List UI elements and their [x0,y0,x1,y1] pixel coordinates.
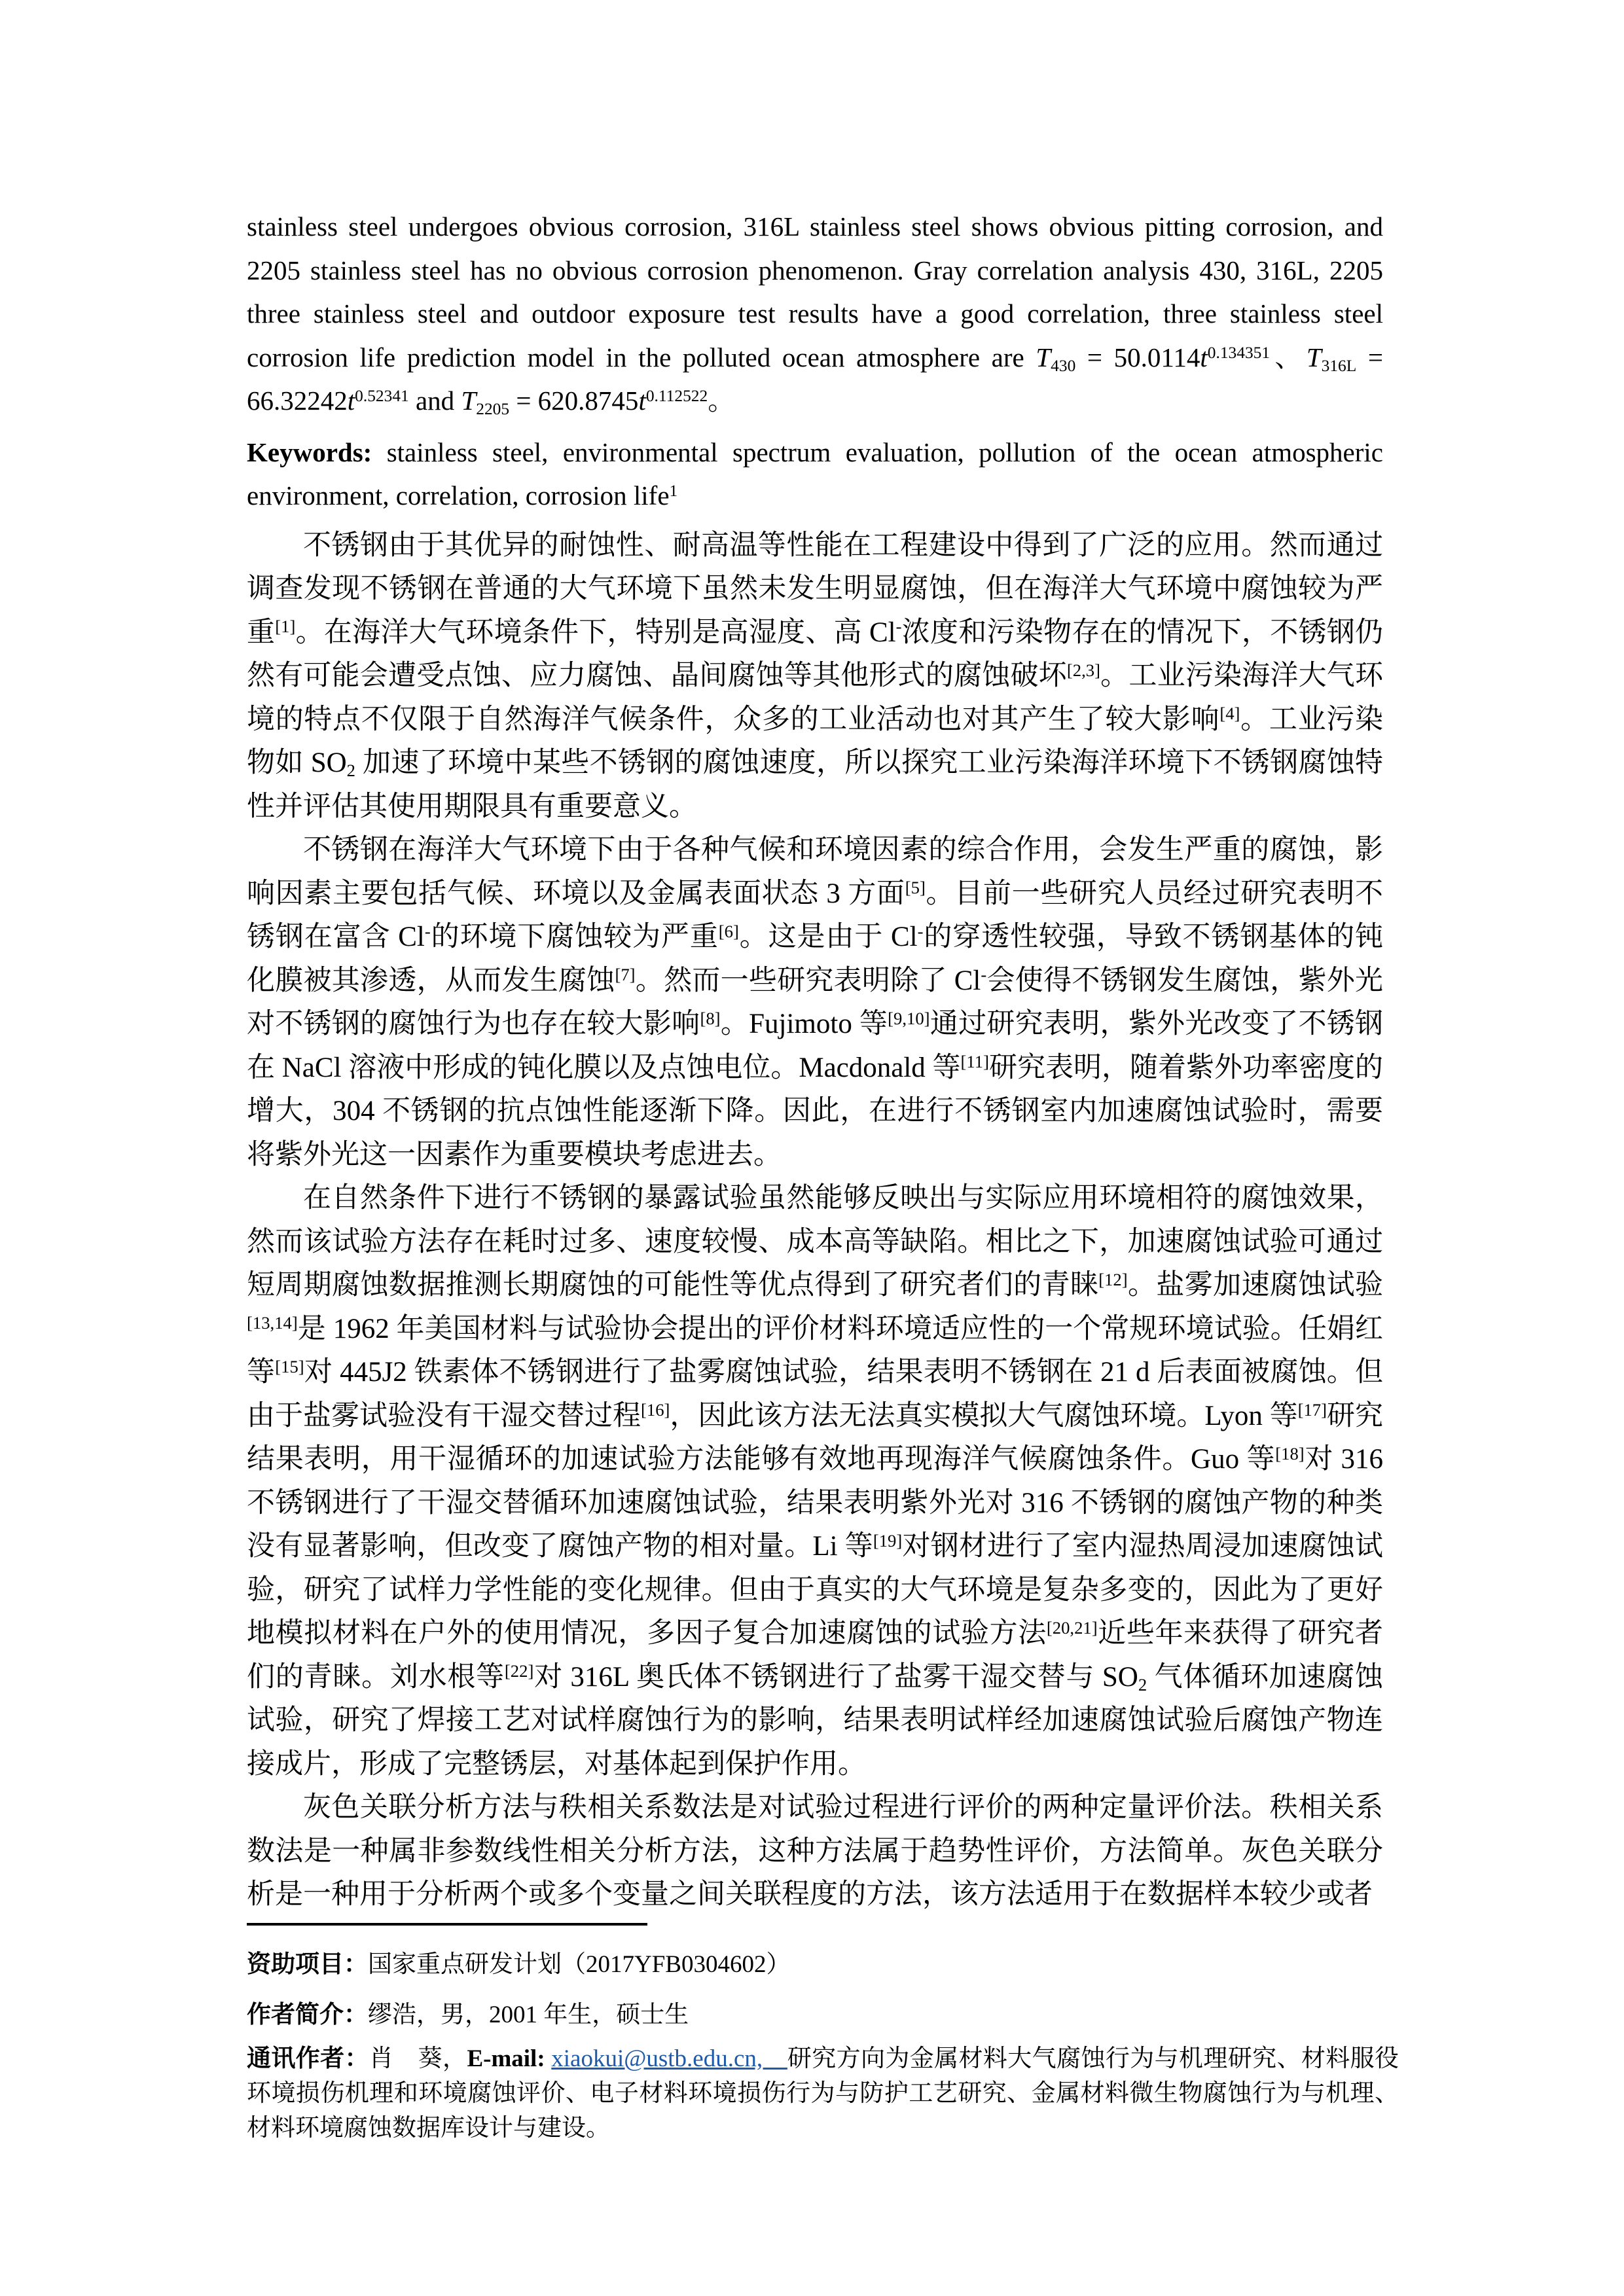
text-segment: T [1036,342,1051,372]
text-segment: [20,21] [1047,1618,1098,1638]
text-segment: and [409,386,461,416]
text-segment: t [1200,342,1207,372]
text-segment: = 50.0114 [1075,342,1200,372]
footnote-funding-text: 国家重点研发计划（2017YFB0304602） [368,1951,790,1978]
text-segment: 国家重点研发计划（2017YFB0304602） [368,1951,790,1978]
text-segment: = 620.8745 [509,386,638,416]
text-segment: 430 [1051,357,1075,375]
footnote-corresponding-author-text: 肖 葵，E-mail: xiaokui@ustb.edu.cn, 研究方向为金属… [247,2045,1399,2142]
text-segment: [15] [275,1357,304,1376]
text-segment: [5] [905,878,926,897]
text-segment: 1 [670,482,678,500]
text-segment: t [348,386,355,416]
text-segment: - [896,617,902,636]
text-segment: 0.52341 [355,387,409,405]
intro-paragraph: 不锈钢由于其优异的耐蚀性、耐高温等性能在工程建设中得到了广泛的应用。然而通过调查… [247,524,1383,829]
footnote-funding: 资助项目：国家重点研发计划（2017YFB0304602） [247,1947,1399,1982]
text-segment: 。盐雾加速腐蚀试验 [1128,1270,1383,1300]
keywords-paragraph: Keywords: stainless steel, environmental… [247,431,1383,518]
text-segment: - [918,922,924,941]
text-segment: 。在海洋大气环境条件下，特别是高湿度、高 Cl [295,617,895,648]
footnote-author-bio-text: 缪浩，男，2001 年生，硕士生 [368,2001,689,2028]
footnote-author-bio-label: 作者简介： [247,2001,368,2028]
footnote-corresponding-author-label: 通讯作者： [247,2045,369,2072]
text-segment: [2,3] [1067,660,1100,680]
text-segment: E-mail: [467,2045,551,2072]
text-segment: [9,10] [888,1009,929,1028]
gray-analysis-paragraph: 灰色关联分析方法与秩相关系数法是对试验过程进行评价的两种定量评价法。秩相关系数法… [247,1786,1383,1917]
text-segment: [11] [961,1052,989,1071]
text-segment: - [425,922,431,941]
text-segment: [1] [275,617,295,636]
accelerated-test-paragraph: 在自然条件下进行不锈钢的暴露试验虽然能够反映出与实际应用环境相符的腐蚀效果，然而… [247,1177,1383,1786]
email-link[interactable]: xiaokui@ustb.edu.cn, [551,2045,787,2072]
corrosion-factors-paragraph: 不锈钢在海洋大气环境下由于各种气候和环境因素的综合作用，会发生严重的腐蚀，影响因… [247,829,1383,1177]
text-segment: T [1307,342,1322,372]
footnote-block: 资助项目：国家重点研发计划（2017YFB0304602） 作者简介：缪浩，男，… [247,1947,1399,2155]
text-segment: T [461,386,476,416]
text-segment: 。 [708,386,734,416]
text-segment: 肖 葵， [369,2045,467,2072]
page-body: stainless steel undergoes obvious corros… [247,205,1383,1917]
footnote-funding-label: 资助项目： [247,1951,368,1978]
text-segment: 、 [1270,342,1307,372]
text-segment: [6] [719,922,739,941]
text-segment: 缪浩，男，2001 年生，硕士生 [368,2001,689,2028]
text-segment: 。然而一些研究表明除了 Cl [636,965,981,996]
text-segment: [4] [1219,704,1240,723]
footnote-corresponding-author: 通讯作者：肖 葵，E-mail: xiaokui@ustb.edu.cn, 研究… [247,2041,1399,2145]
text-segment: ，因此该方法无法真实模拟大气腐蚀环境。Lyon 等 [670,1401,1297,1431]
text-segment: [18] [1275,1444,1304,1463]
text-segment: - [981,965,986,984]
text-segment: stainless steel, environmental spectrum … [247,437,1383,511]
text-segment: 的环境下腐蚀较为严重 [431,922,719,952]
text-segment: [17] [1298,1400,1327,1420]
text-segment: 。这是由于 Cl [739,922,918,952]
text-segment: 316L [1322,357,1357,375]
text-segment: 0.134351 [1208,344,1270,362]
text-segment: 加速了环境中某些不锈钢的腐蚀速度，所以探究工业污染海洋环境下不锈钢腐蚀特性并评估… [247,747,1383,822]
text-segment: [22] [505,1661,533,1681]
text-segment: 灰色关联分析方法与秩相关系数法是对试验过程进行评价的两种定量评价法。秩相关系数法… [247,1792,1383,1910]
footnote-separator [247,1923,647,1926]
text-segment: 2 [1138,1675,1147,1695]
text-segment: 0.112522 [646,387,708,405]
abstract-continuation-paragraph: stainless steel undergoes obvious corros… [247,205,1383,423]
text-segment: [12] [1098,1270,1127,1289]
text-segment: [19] [873,1531,902,1551]
text-segment: [16] [641,1400,670,1420]
text-segment: [8] [700,1009,720,1028]
text-segment: 2 [347,761,355,780]
text-segment: 对 316L 奥氏体不锈钢进行了盐雾干湿交替与 SO [533,1662,1138,1693]
text-segment: 。Fujimoto 等 [721,1009,888,1039]
footnote-author-bio: 作者简介：缪浩，男，2001 年生，硕士生 [247,1998,1399,2032]
text-segment: 2205 [476,400,509,418]
text-segment: [7] [615,965,635,984]
text-segment: t [638,386,645,416]
paper-page: stainless steel undergoes obvious corros… [0,0,1624,2296]
text-segment: [13,14] [247,1313,298,1333]
text-segment: Keywords: [247,437,372,467]
